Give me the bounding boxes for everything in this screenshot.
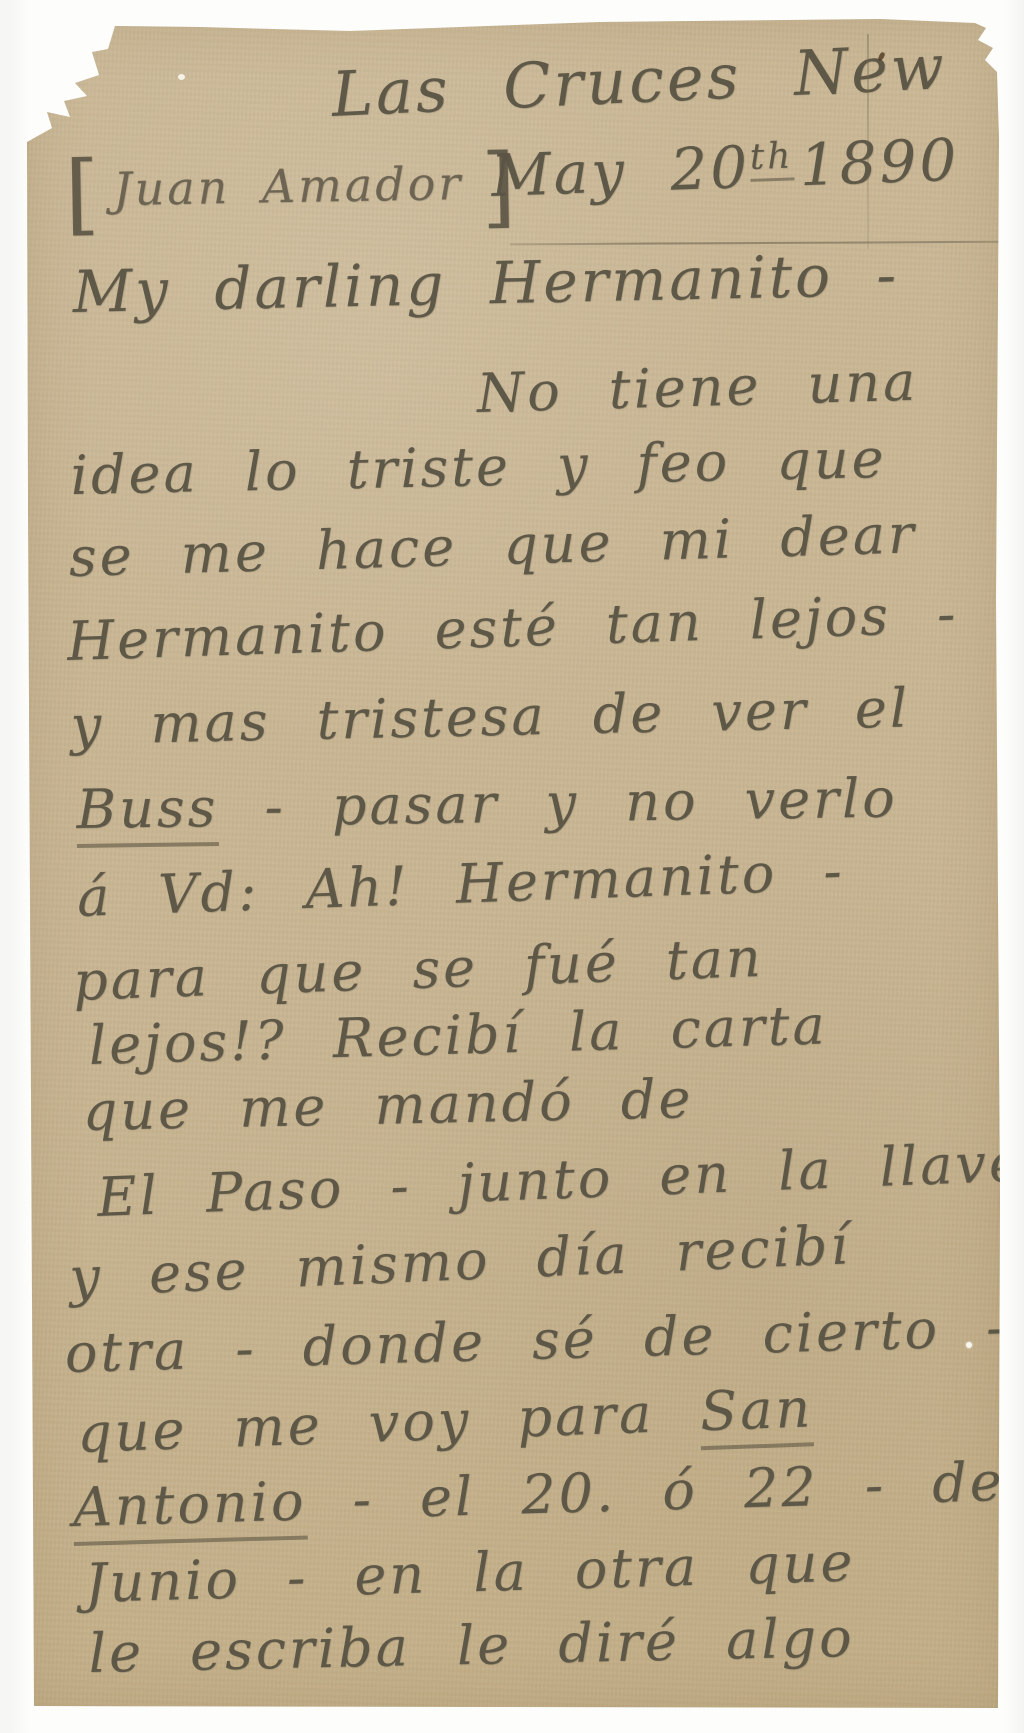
letter-text: El Paso - junto en la llave xyxy=(96,1130,1024,1229)
underlined-word: Buss xyxy=(76,776,219,848)
letter-line: Antonio - el 20. ó 22 - de xyxy=(72,1450,1005,1539)
dateline-place: Las Cruces New Mex xyxy=(330,21,1024,131)
letter-text: se me hace que mi dear xyxy=(68,502,918,589)
date-year: 1890 xyxy=(798,126,960,200)
letter-line: El Paso - junto en la llave xyxy=(96,1130,1024,1229)
letter-text: á Vd: Ah! Hermanito - xyxy=(76,839,846,929)
letter-text: que me mandó de xyxy=(82,1067,694,1143)
paper-crease xyxy=(867,34,869,249)
dateline-date: May 20th1890 xyxy=(490,126,960,210)
letter-line: idea lo triste y feo que xyxy=(70,427,887,507)
underlined-word: San xyxy=(699,1376,814,1450)
letter-line: Junio - en la otra que xyxy=(84,1530,856,1614)
letter-line: y mas tristesa de ver el xyxy=(70,676,911,757)
letter-line: Hermanito esté tan lejos - xyxy=(66,582,959,673)
letter-line: Buss - pasar y no verlo xyxy=(76,767,898,841)
scanned-letter: Las Cruces New Mex May 20th1890 [Juan Am… xyxy=(0,0,1024,1733)
letter-line: le escriba le diré algo xyxy=(88,1606,855,1685)
letter-text: - pasar y no verlo xyxy=(218,767,898,839)
letter-text: otra - donde sé de cierto - xyxy=(64,1296,1008,1385)
letter-line: que me voy para San xyxy=(76,1376,814,1465)
letter-text: Hermanito esté tan lejos - xyxy=(66,582,959,673)
letter-paper: Las Cruces New Mex May 20th1890 [Juan Am… xyxy=(24,14,1002,1714)
letter-text: No tiene una xyxy=(476,350,919,425)
letter-line: No tiene una xyxy=(476,350,919,425)
annotation-open-bracket: [ xyxy=(64,141,100,245)
letter-text: y mas tristesa de ver el xyxy=(70,676,911,757)
letter-line: se me hace que mi dear xyxy=(68,502,918,589)
annotation-name: Juan Amador xyxy=(113,156,464,216)
letter-text: idea lo triste y feo que xyxy=(70,427,887,507)
letter-line: á Vd: Ah! Hermanito - xyxy=(76,839,846,929)
letter-text: que me voy para xyxy=(76,1380,701,1465)
annotation-close-bracket: ] xyxy=(480,134,516,238)
salutation: My darling Hermanito - xyxy=(72,241,900,326)
letter-text: Junio - en la otra que xyxy=(84,1530,856,1614)
letter-text: le escriba le diré algo xyxy=(88,1606,855,1685)
letter-text: y ese mismo día recibí xyxy=(68,1213,852,1309)
letter-line: y ese mismo día recibí xyxy=(68,1213,852,1309)
archivist-annotation: [Juan Amador] xyxy=(64,134,517,245)
letter-text: - el 20. ó 22 - de xyxy=(305,1450,1005,1532)
date-day: May 20 xyxy=(490,133,751,210)
paper-pinhole xyxy=(178,74,185,80)
underlined-word: Antonio xyxy=(72,1469,307,1545)
letter-line: que me mandó de xyxy=(82,1067,694,1143)
letter-line: otra - donde sé de cierto - xyxy=(64,1296,1008,1385)
date-ordinal: th xyxy=(749,135,794,181)
